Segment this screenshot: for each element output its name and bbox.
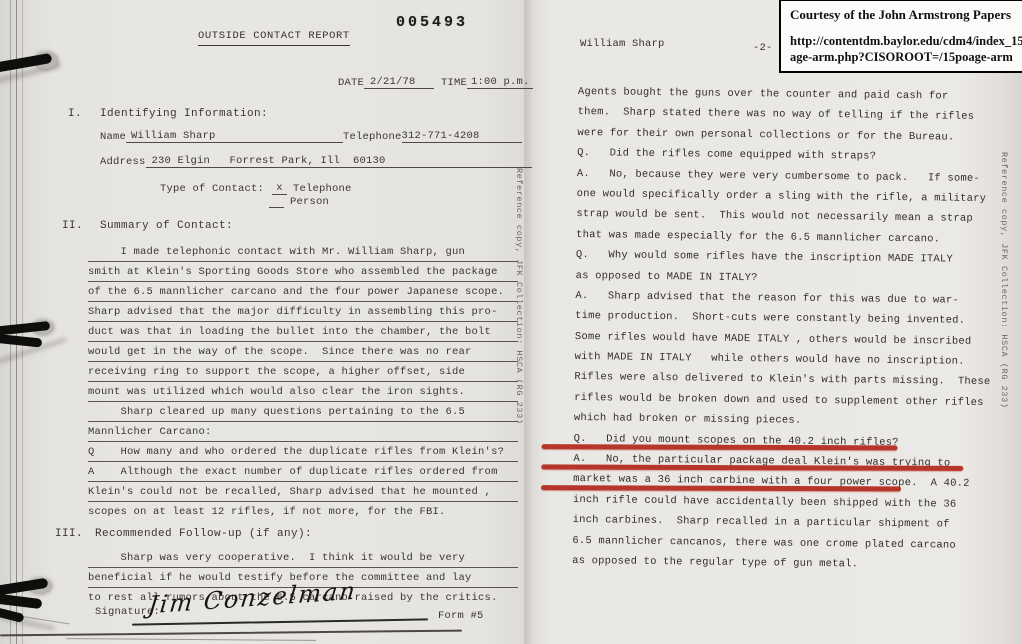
date-value: 2/21/78 [364,76,434,89]
contact-type-blank [269,207,284,208]
document-line: of the 6.5 mannlicher carcano and the fo… [88,282,518,302]
archive-stamp-right: Reference copy, JFK Collection: HSCA (RG… [999,152,1009,409]
address-label: Address [100,156,146,168]
telephone-label: Telephone [343,131,402,143]
page2-body-lines: Agents bought the guns over the counter … [572,82,992,576]
courtesy-overlay: Courtesy of the John Armstrong Papers ht… [779,0,1022,73]
document-line: receiving ring to support the scope, a h… [88,362,518,382]
contact-type-row: Type of Contact:xTelephone [160,182,352,195]
document-line: would get in the way of the scope. Since… [88,342,518,362]
page2-number: -2- [753,42,773,54]
courtesy-title: Courtesy of the John Armstrong Papers [790,7,1011,23]
scanned-document: OUTSIDE CONTACT REPORT 005493 DATE2/21/7… [0,0,1022,644]
document-line: I made telephonic contact with Mr. Willi… [88,242,518,262]
report-title: OUTSIDE CONTACT REPORT [198,30,350,46]
section1-numeral: I. [68,108,82,120]
form-number: Form #5 [438,610,484,622]
document-line: Mannlicher Carcano: [88,422,518,442]
name-label: Name [100,131,126,143]
time-label: TIME [434,77,467,89]
page-edge-line [10,0,11,644]
document-line: mount was utilized which would also clea… [88,382,518,402]
contact-type-row2: Person [269,196,329,208]
document-line: Q How many and who ordered the duplicate… [88,442,518,462]
page-edge-line [16,0,17,644]
courtesy-url-line2: age-arm.php?CISOROOT=/15poage-arm [790,50,1013,65]
contact-type-option-person: Person [284,196,329,208]
section2-numeral: II. [62,220,83,232]
document-number-stamp: 005493 [396,14,468,31]
time-value: 1:00 p.m. [467,76,533,89]
document-line: Sharp was very cooperative. I think it w… [88,548,518,568]
section1-heading: Identifying Information: [100,108,268,120]
name-value: William Sharp [126,130,343,143]
address-row: Address230 Elgin Forrest Park, Ill 60130 [100,155,532,168]
archive-stamp-left: Reference copy, JFK Collection: HSCA (RG… [514,168,524,425]
section3-numeral: III. [55,528,83,540]
section2-heading: Summary of Contact: [100,220,233,232]
section3-heading: Recommended Follow-up (if any): [95,528,312,540]
contact-type-option-telephone: Telephone [287,183,352,195]
page2-header-name: William Sharp [580,38,665,50]
date-time-row: DATE2/21/78TIME1:00 p.m. [338,76,533,89]
date-label: DATE [338,77,364,89]
document-line: A Although the exact number of duplicate… [88,462,518,482]
name-row: NameWilliam SharpTelephone312-771-4208 [100,130,522,143]
summary-lines: I made telephonic contact with Mr. Willi… [88,242,518,522]
document-line: Klein's could not be recalled, Sharp adv… [88,482,518,502]
contact-type-checkmark: x [272,182,287,195]
document-line: smith at Klein's Sporting Goods Store wh… [88,262,518,282]
document-line: Sharp advised that the major difficulty … [88,302,518,322]
page-edge-line [22,0,23,644]
document-line: duct was that in loading the bullet into… [88,322,518,342]
address-value: 230 Elgin Forrest Park, Ill 60130 [146,155,532,168]
document-line: Sharp cleared up many questions pertaini… [88,402,518,422]
contact-type-label: Type of Contact: [160,183,264,195]
document-line: scopes on at least 12 rifles, if not mor… [88,502,518,522]
courtesy-url-line1: http://contentdm.baylor.edu/cdm4/index_1… [790,34,1022,49]
telephone-value: 312-771-4208 [402,130,522,143]
